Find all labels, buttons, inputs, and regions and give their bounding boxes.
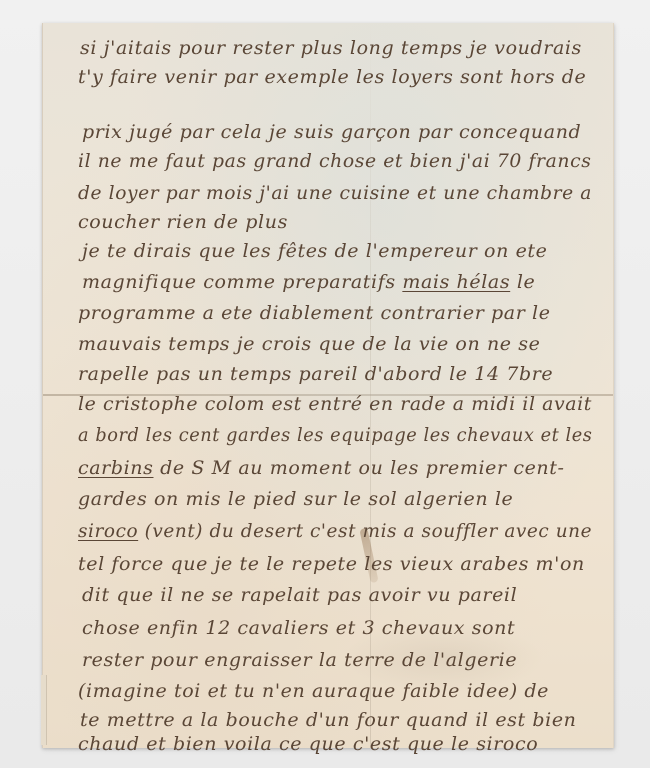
- text-line: dit que il ne se rapelait pas avoir vu p…: [82, 584, 517, 606]
- text-line: de loyer par mois j'ai une cuisine et un…: [78, 182, 592, 204]
- text-line: rapelle pas un temps pareil d'abord le 1…: [78, 363, 553, 385]
- text-line: il ne me faut pas grand chose et bien j'…: [78, 150, 591, 172]
- text-line: si j'aitais pour rester plus long temps …: [80, 37, 582, 59]
- text-line: programme a ete diablement contrarier pa…: [78, 302, 551, 324]
- text-line: magnifique comme preparatifs mais hélas …: [82, 271, 535, 293]
- text-line: (imagine toi et tu n'en auraque faible i…: [78, 680, 549, 702]
- text-line: prix jugé par cela je suis garçon par co…: [82, 121, 581, 143]
- text-line: je te dirais que les fêtes de l'empereur…: [82, 240, 548, 262]
- text-line: chaud et bien voila ce que c'est que le …: [78, 733, 538, 755]
- underlined-word: siroco: [78, 520, 138, 542]
- text-line: chose enfin 12 cavaliers et 3 chevaux so…: [82, 617, 515, 639]
- text-line: gardes on mis le pied sur le sol algerie…: [78, 488, 513, 510]
- text-line: te mettre a la bouche d'un four quand il…: [80, 709, 577, 731]
- handwritten-text-body: si j'aitais pour rester plus long temps …: [42, 23, 612, 748]
- underlined-word: carbins: [78, 457, 153, 479]
- text-line: t'y faire venir par exemple les loyers s…: [78, 66, 586, 88]
- underlined-word: mais hélas: [402, 271, 510, 293]
- text-line: coucher rien de plus: [78, 211, 288, 233]
- text-line: mauvais temps je crois que de la vie on …: [78, 333, 540, 355]
- text-line: siroco (vent) du desert c'est mis a souf…: [78, 520, 592, 542]
- text-line: le cristophe colom est entré en rade a m…: [78, 393, 592, 415]
- text-line: tel force que je te le repete les vieux …: [78, 553, 585, 575]
- text-line: rester pour engraisser la terre de l'alg…: [82, 649, 517, 671]
- text-line: a bord les cent gardes les equipage les …: [78, 424, 592, 446]
- text-line: carbins de S M au moment ou les premier …: [78, 457, 565, 479]
